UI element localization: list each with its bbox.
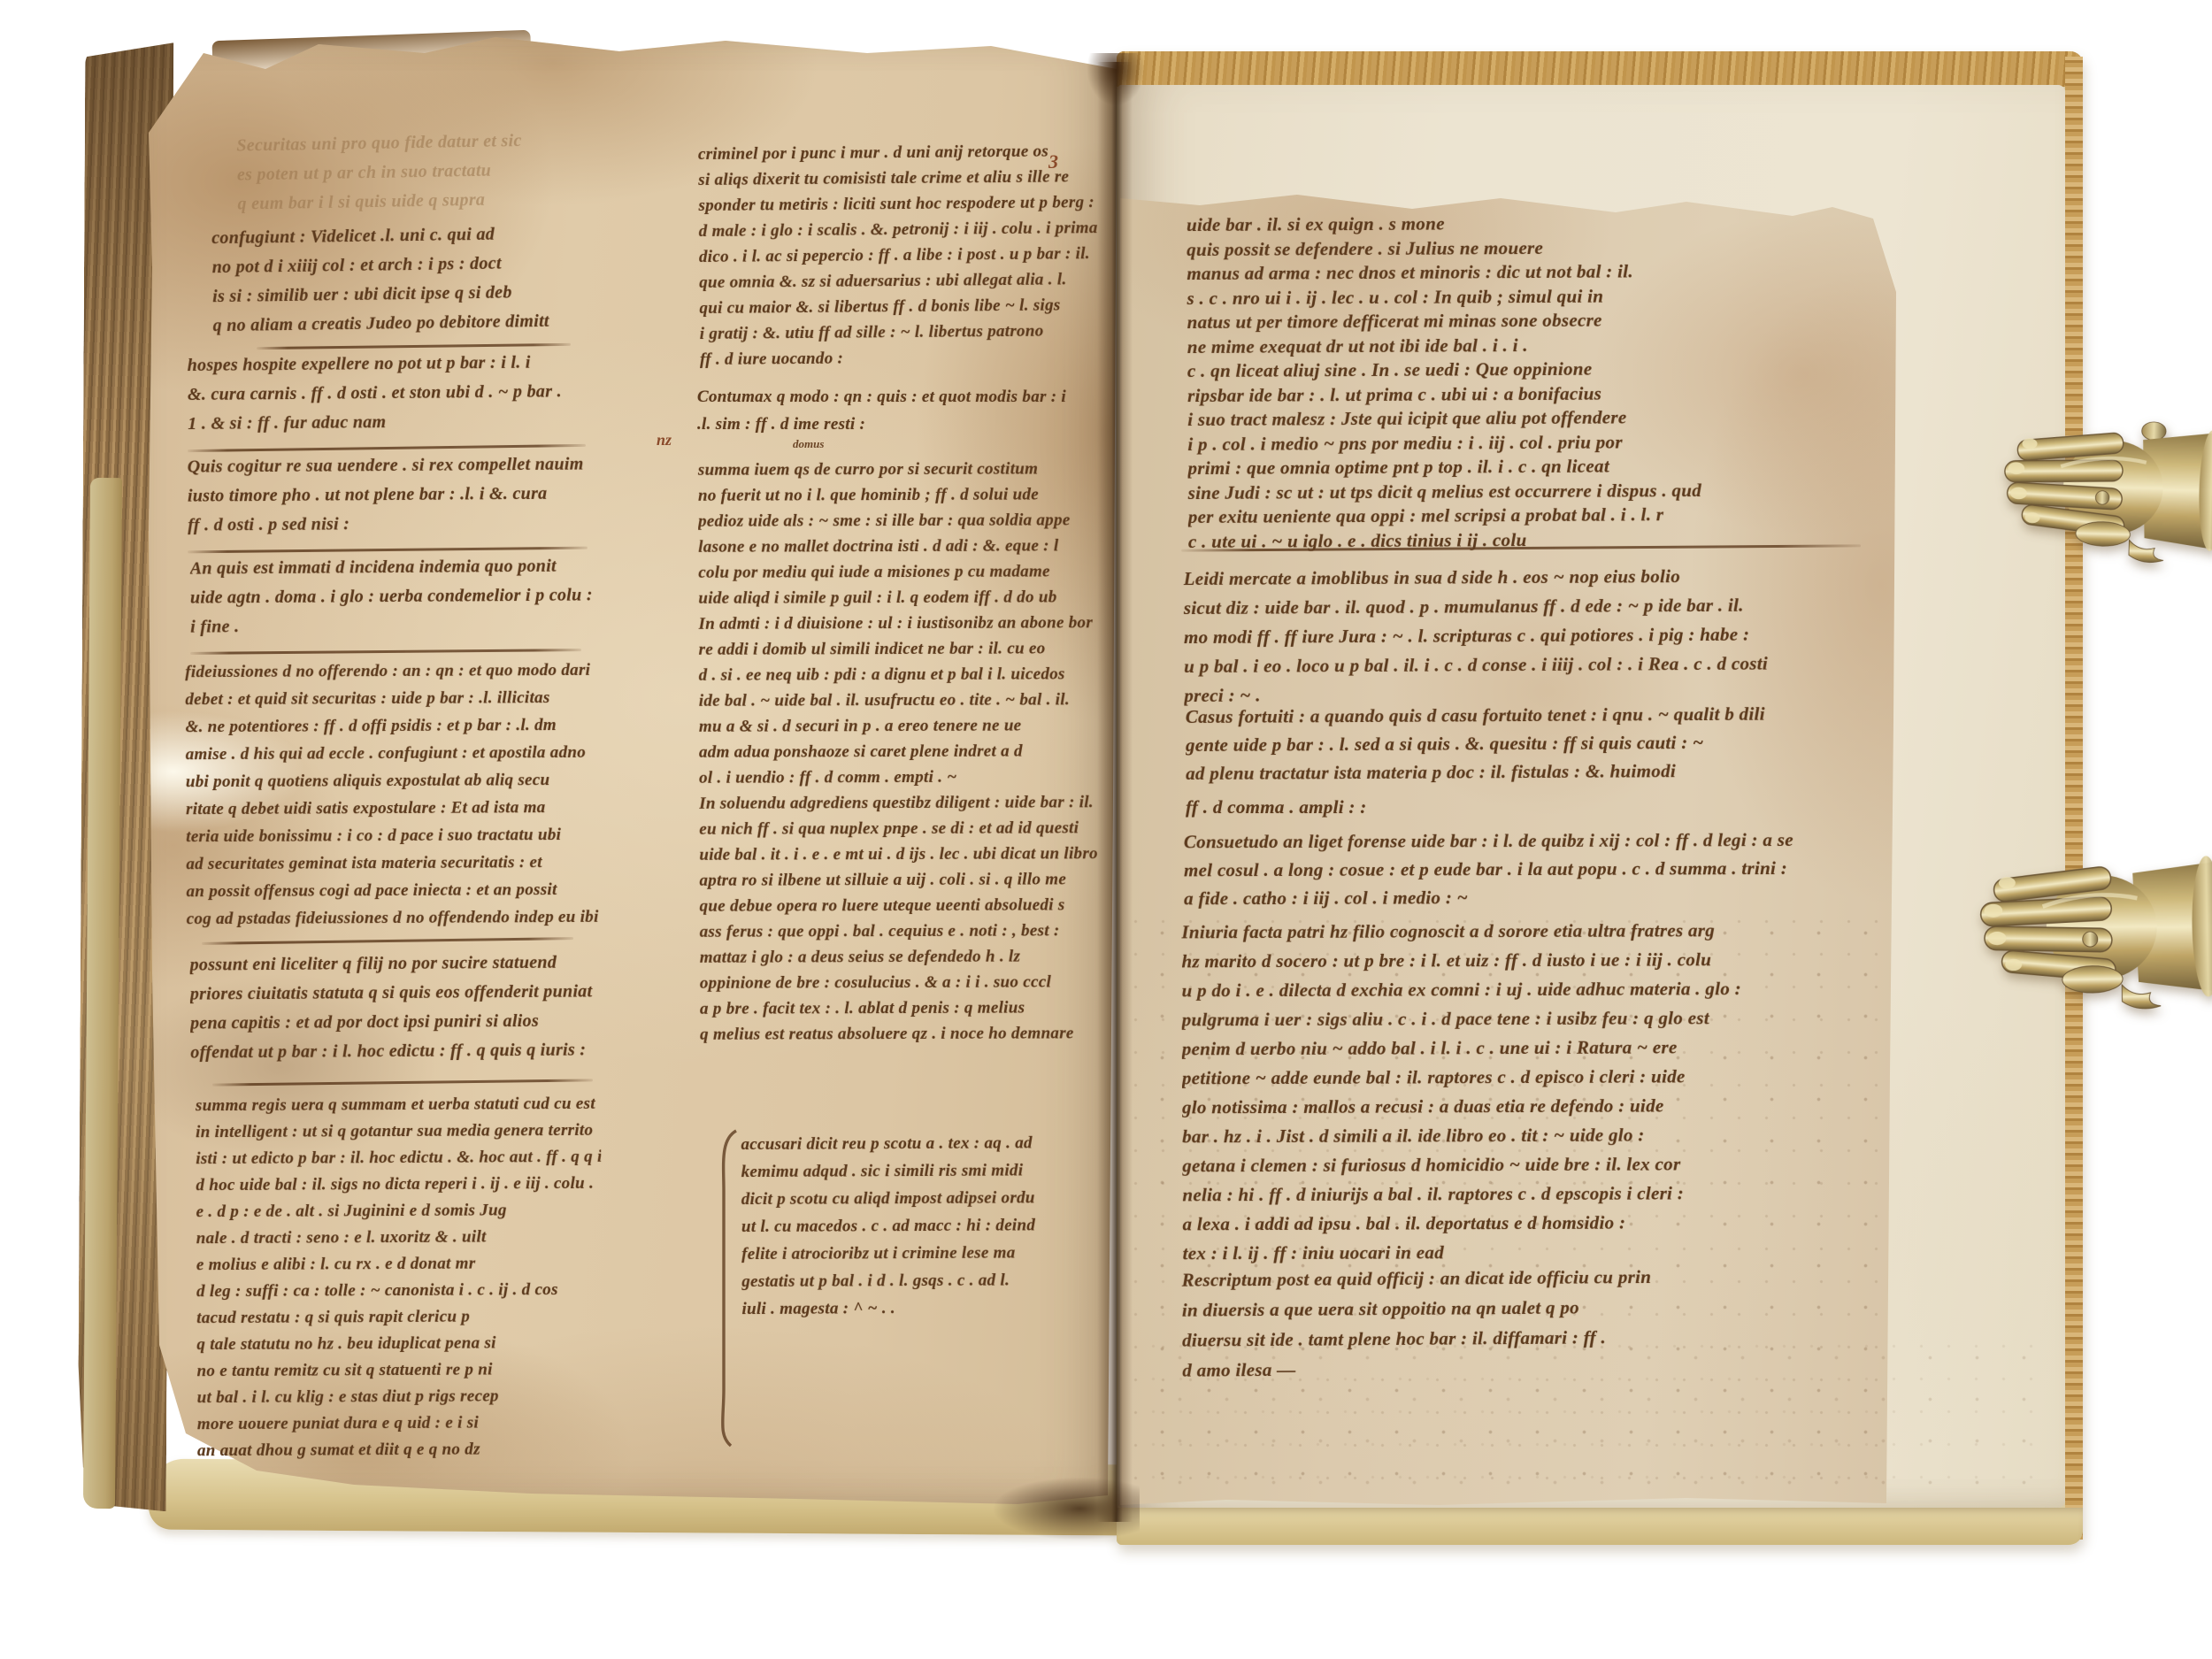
manuscript-text-line: quis possit se defendere . si Julius ne … [1187, 234, 1875, 263]
manuscript-text-line: gestatis ut p bal . i d . l. gsqs . c . … [741, 1271, 1104, 1300]
manuscript-text-line: In soluendu adgrediens questibz diligent… [699, 793, 1110, 820]
manuscript-text-line: Casus fortuiti : a quando quis d casu fo… [1186, 703, 1874, 734]
manuscript-text-line: c . qn liceat aliuj sine . In . se uedi … [1187, 357, 1876, 385]
manuscript-text-line: more uouere puniat dura e q uid : e i si [197, 1413, 603, 1441]
cover-bottom-edge [1117, 1508, 2083, 1545]
gilded-hand-clasp-lower [1964, 826, 2212, 1036]
gutter-top-notch [1087, 53, 1145, 106]
manuscript-text-line: ut l. cu macedos . c . ad macc : hi : de… [741, 1216, 1104, 1245]
manuscript-paragraph: hospes hospite expellere no pot ut p bar… [188, 352, 600, 443]
manuscript-text-line: ripsbar ide bar : . l. ut prima c . ubi … [1187, 380, 1876, 409]
manuscript-text-line: An quis est immati d incidena indemia qu… [190, 556, 597, 588]
manuscript-text-line: teria uide bonissimu : i co : d pace i s… [186, 826, 602, 855]
manuscript-text-line: diuersu sit ide . tamt plene hoc bar : i… [1182, 1325, 1855, 1359]
manuscript-text-line: que debue opera ro luere uteque ueenti a… [700, 895, 1111, 923]
manuscript-text-line: sine Judi : sc ut : ut tps dicit q meliu… [1188, 478, 1877, 506]
manuscript-text-line: ff . d osti . p sed nisi : [188, 512, 599, 544]
interlinear-gloss: domus [793, 437, 824, 451]
gilded-hand-clasp-upper [1988, 390, 2212, 591]
manuscript-text-line: natus ut per timore defficerat mi minas … [1187, 308, 1876, 336]
manuscript-text-line: primi : que omnia optime pnt p top . il.… [1187, 454, 1876, 482]
manuscript-text-line: ass ferus : que oppi . bal . cequius e .… [700, 921, 1111, 949]
manuscript-paragraph: possunt eni liceliter q filij no por suc… [190, 952, 600, 1071]
manuscript-text-line: pedioz uide als : ~ sme : si ille bar : … [698, 511, 1110, 538]
manuscript-text-line: e molius e alibi : l. cu rx . e d donat … [196, 1254, 602, 1282]
manuscript-paragraph: criminel por i punc i mur . d uni anij r… [698, 142, 1109, 376]
manuscript-paragraph: Iniuria facta patri hz filio cognoscit a… [1181, 919, 1870, 1272]
manuscript-text-line: sicut diz : uide bar . il. quod . p . mu… [1184, 594, 1872, 626]
manuscript-text-line: a fide . catho : i iij . col . i medio :… [1184, 886, 1872, 917]
manuscript-text-line: q no aliam a creatis Judeo po debitore d… [212, 311, 615, 345]
margin-mark: nz [657, 431, 672, 449]
manuscript-text-line: a lexa . i addi ad ipsu . bal . il. depo… [1182, 1211, 1870, 1243]
manuscript-text-line: uide bal . it . i . e . e mt ui . d ijs … [699, 844, 1110, 872]
manuscript-text-line: i gratij : &. utiu ff ad sille : ~ l. li… [700, 321, 1109, 350]
manuscript-text-line: s . c . nro ui i . ij . lec . u . col : … [1187, 283, 1875, 311]
manuscript-text-line: felite i atrocioribz ut i crimine lese m… [741, 1243, 1104, 1272]
manuscript-text-line: summa regis uera q summam et uerba statu… [196, 1094, 601, 1123]
manuscript-text-line: ad plenu tractatur ista materia p doc : … [1186, 759, 1874, 791]
manuscript-text-line: mo modi ff . ff iure Jura : ~ . l. scrip… [1184, 623, 1872, 656]
manuscript-paragraph: Securitas uni pro quo fide datur et sice… [236, 129, 610, 223]
manuscript-text-line: offendat ut p bar : i l. hoc edictu : ff… [190, 1040, 599, 1071]
marginal-brace [711, 1127, 740, 1449]
manuscript-text-line: qui cu maior &. si libertus ff . d bonis… [699, 296, 1108, 325]
manuscript-text-line: cog ad pstadas fideiussiones d no offend… [187, 908, 603, 937]
manuscript-text-line: in diuersis a que uera sit oppoitio na q… [1182, 1294, 1855, 1329]
manuscript-paragraph: confugiunt : Videlicet .l. uni c. qui ad… [211, 223, 616, 345]
manuscript-text-line: in intelligent : ut si q gotantur sua me… [196, 1121, 601, 1149]
manuscript-text-line: glo notissima : mallos a recusi : a duas… [1182, 1094, 1870, 1126]
manuscript-paragraph: uide bar . il. si ex quign . s monequis … [1187, 211, 1877, 555]
manuscript-paragraph: summa iuem qs de curro por si securit co… [698, 459, 1111, 1051]
manuscript-text-line: tacud restatu : q si quis rapit clericu … [196, 1307, 602, 1335]
manuscript-text-line: Contumax q modo : qn : quis : et quot mo… [697, 388, 1106, 415]
manuscript-text-line: eu nich ff . si qua nuplex pnpe . se di … [699, 818, 1110, 846]
manuscript-text-line: a p bre . facit tex : . l. ablat d penis… [700, 998, 1111, 1025]
manuscript-text-line: uide bar . il. si ex quign . s mone [1187, 211, 1875, 239]
manuscript-paragraph: Consuetudo an liget forense uide bar : i… [1184, 829, 1872, 917]
manuscript-text-line: i p . col . i medio ~ pns por mediu : i … [1187, 429, 1876, 457]
manuscript-text-line: ff . d comma . ampli : : [1186, 796, 1628, 825]
manuscript-text-line: penim d uerbo niu ~ addo bal . i l. i . … [1182, 1036, 1870, 1068]
manuscript-text-line: iuli . magesta : ^ ~ . . [741, 1298, 1104, 1327]
manuscript-text-line: bar . hz . i . Jist . d simili a il. ide… [1182, 1124, 1870, 1156]
manuscript-text-line: ol . i uendio : ff . d comm . empti . ~ [699, 767, 1110, 795]
manuscript-text-line: q melius est reatus absoluere qz . i noc… [700, 1024, 1111, 1051]
manuscript-text-line: colu por mediu qui iude a misiones p cu … [698, 562, 1110, 589]
manuscript-paragraph: Rescriptum post ea quid officij : an dic… [1182, 1264, 1855, 1389]
manuscript-text-line: ritate q debet uidi satis expostulare : … [186, 798, 602, 827]
cover-fore-edge [2065, 57, 2083, 1540]
manuscript-text-line: nelia : hi . ff . d iniurijs a bal . il.… [1182, 1182, 1870, 1214]
manuscript-text-line: amise . d his qui ad eccle . confugiunt … [186, 743, 602, 772]
manuscript-text-line: In admti : i d diuisione : ul : i iustis… [698, 613, 1110, 641]
manuscript-text-line: isti : ut edicto p bar : il. hoc edictu … [196, 1148, 601, 1176]
manuscript-text-line: no fuerit ut no i l. que hominib ; ff . … [698, 485, 1110, 512]
manuscript-text-line: mel cosul . a long : cosue : et p eude b… [1184, 857, 1872, 888]
manuscript-text-line: per exitu ueniente qua oppi : mel scrips… [1188, 503, 1877, 531]
manuscript-text-line: d male : i glo : i scalis . &. petronij … [699, 219, 1108, 248]
manuscript-text-line: uide aliqd i simile p guil : i l. q eode… [698, 588, 1110, 615]
manuscript-text-line: lasone e no mallet doctrina isti . d adi… [698, 536, 1110, 564]
manuscript-text-line: pulgruma i uer : sigs aliu . c . i . d p… [1182, 1007, 1870, 1039]
manuscript-paragraph: accusari dicit reu p scotu a . tex : aq … [741, 1133, 1104, 1327]
manuscript-text-line: an auat dhou g sumat et diit q e q no dz [197, 1440, 603, 1468]
manuscript-text-line: d amo ilesa — [1182, 1355, 1855, 1389]
manuscript-text-line: i fine . [190, 614, 597, 646]
manuscript-text-line: gente uide p bar : . l. sed a si quis . … [1186, 731, 1874, 763]
manuscript-text-line: Quis cogitur re sua uendere . si rex com… [188, 454, 599, 486]
manuscript-paragraph: Contumax q modo : qn : quis : et quot mo… [697, 388, 1106, 442]
manuscript-text-line: aptra ro si ilbene ut silluie a uij . co… [699, 870, 1110, 897]
hand-icon [1964, 826, 2212, 1036]
manuscript-text-line: dicit p scotu cu aliqd impost adipsei or… [741, 1188, 1104, 1217]
manuscript-text-line: dico . i l. ac si pepercio : ff . a libe… [699, 244, 1108, 273]
manuscript-text-line: mattaz i glo : a deus seius se defendedo… [700, 947, 1111, 974]
manuscript-text-line: ad securitates geminat ista materia secu… [186, 853, 602, 882]
manuscript-text-line: priores ciuitatis statuta q si quis eos … [190, 981, 599, 1013]
manuscript-text-line: u p bal . i eo . loco u p bal . il. i . … [1184, 652, 1872, 685]
manuscript-text-line: debet : et quid sit securitas : uide p b… [185, 688, 601, 718]
manuscript-text-line: re addi i domib ul simili indicet ne bar… [699, 639, 1110, 666]
manuscript-text-line: e . d p : e de . alt . si Juginini e d s… [196, 1201, 602, 1229]
manuscript-paragraph: Quis cogitur re sua uendere . si rex com… [188, 454, 600, 544]
manuscript-text-line: Consuetudo an liget forense uide bar : i… [1184, 829, 1872, 860]
manuscript-paragraph: summa regis uera q summam et uerba statu… [196, 1094, 603, 1468]
manuscript-text-line: ide bal . ~ uide bal . il. usufructu eo … [699, 690, 1110, 718]
manuscript-text-line: no e tantu remitz cu sit q statuenti re … [196, 1360, 602, 1388]
manuscript-text-line: sponder tu metiris : liciti sunt hoc res… [698, 193, 1107, 222]
manuscript-text-line: 1 . & si : ff . fur aduc nam [188, 411, 599, 443]
manuscript-text-line: hospes hospite expellere no pot ut p bar… [188, 352, 599, 385]
manuscript-text-line: ff . d iure uocando : [700, 347, 1109, 376]
manuscript-text-line: d . si . ee neq uib : pdi : a dignu et p… [699, 664, 1110, 692]
manuscript-text-line: ut bal . i l. cu klig : e stas diut p ri… [197, 1386, 603, 1415]
manuscript-photo: Securitas uni pro quo fide datur et sice… [0, 0, 2212, 1659]
manuscript-text-line: que omnia &. sz si aduersarius : ubi all… [699, 270, 1108, 299]
manuscript-text-line: getana i clemen : si furiosus d homicidi… [1182, 1153, 1870, 1185]
manuscript-text-line: .l. sim : ff . d ime resti : [697, 415, 1106, 442]
manuscript-text-line: nale . d tracti : seno : e l. uxoritz & … [196, 1227, 602, 1256]
cover-top-edge [1117, 51, 2083, 87]
manuscript-text-line: petitione ~ adde eunde bal : il. raptore… [1182, 1065, 1870, 1097]
manuscript-text-line: &. ne potentiores : ff . d offi psidis :… [186, 716, 602, 745]
manuscript-text-line: ne mime exequat dr ut not ibi ide bal . … [1187, 332, 1876, 360]
manuscript-text-line: Leidi mercate a imoblibus in sua d side … [1184, 565, 1872, 597]
manuscript-paragraph: Casus fortuiti : a quando quis d casu fo… [1186, 703, 1874, 791]
manuscript-paragraph: Leidi mercate a imoblibus in sua d side … [1184, 565, 1873, 714]
manuscript-text-line: fideiussiones d no offerendo : an : qn :… [185, 661, 601, 690]
manuscript-text-line: Iniuria facta patri hz filio cognoscit a… [1181, 919, 1870, 951]
manuscript-text-line: si aliqs dixerit tu comisisti tale crime… [698, 167, 1107, 196]
manuscript-text-line: accusari dicit reu p scotu a . tex : aq … [741, 1133, 1103, 1163]
manuscript-text-line: &. cura carnis . ff . d osti . et ston u… [188, 381, 599, 414]
manuscript-text-line: possunt eni liceliter q filij no por suc… [190, 952, 599, 984]
manuscript-text-line: adm adua ponshaoze si caret plene indret… [699, 741, 1110, 769]
manuscript-text-line: d hoc uide bal : il. sigs no dicta reper… [196, 1174, 601, 1202]
manuscript-text-line: u p do i . e . dilecta d exchia ex comni… [1182, 978, 1870, 1010]
manuscript-text-line: ubi ponit q quotiens aliquis expostulat … [186, 771, 602, 800]
manuscript-text-line: i suo tract malesz : Jste qui icipit que… [1187, 405, 1876, 434]
manuscript-text-line: kemimu adqud . sic i simili ris smi midi [741, 1161, 1104, 1190]
manuscript-text-line: an possit offensus cogi ad pace iniecta … [186, 880, 602, 910]
manuscript-text-line: mu a & si . d securi in p . a ereo tener… [699, 716, 1110, 743]
hand-icon [1988, 390, 2212, 591]
manuscript-text-line: d leg : suffi : ca : tolle : ~ canonista… [196, 1280, 602, 1309]
manuscript-paragraph: An quis est immati d incidena indemia qu… [190, 556, 598, 646]
manuscript-text-line: criminel por i punc i mur . d uni anij r… [698, 142, 1107, 171]
manuscript-text-line: q tale statutu no hz . beu iduplicat pen… [196, 1333, 602, 1362]
manuscript-text-line: uide agtn . doma . i glo : uerba condeme… [190, 585, 597, 617]
gutter-bottom-notch [989, 1476, 1140, 1541]
manuscript-text-line: Rescriptum post ea quid officij : an dic… [1182, 1264, 1855, 1299]
manuscript-paragraph: ff . d comma . ampli : : [1186, 796, 1628, 825]
manuscript-text-line: manus ad arma : nec dnos et minoris : di… [1187, 259, 1875, 288]
manuscript-text-line: iusto timore pho . ut not plene bar : .l… [188, 483, 599, 515]
manuscript-paragraph: fideiussiones d no offerendo : an : qn :… [185, 661, 603, 937]
manuscript-text-line: hz marito d socero : ut p bre : i l. et … [1181, 949, 1870, 980]
manuscript-text-line: pena capitis : et ad por doct ipsi punir… [190, 1010, 599, 1042]
manuscript-text-line: oppinione de bre : cosulucius . & a : i … [700, 972, 1111, 1000]
manuscript-text-line: summa iuem qs de curro por si securit co… [698, 459, 1110, 487]
margin-mark: 3 [1048, 150, 1058, 173]
